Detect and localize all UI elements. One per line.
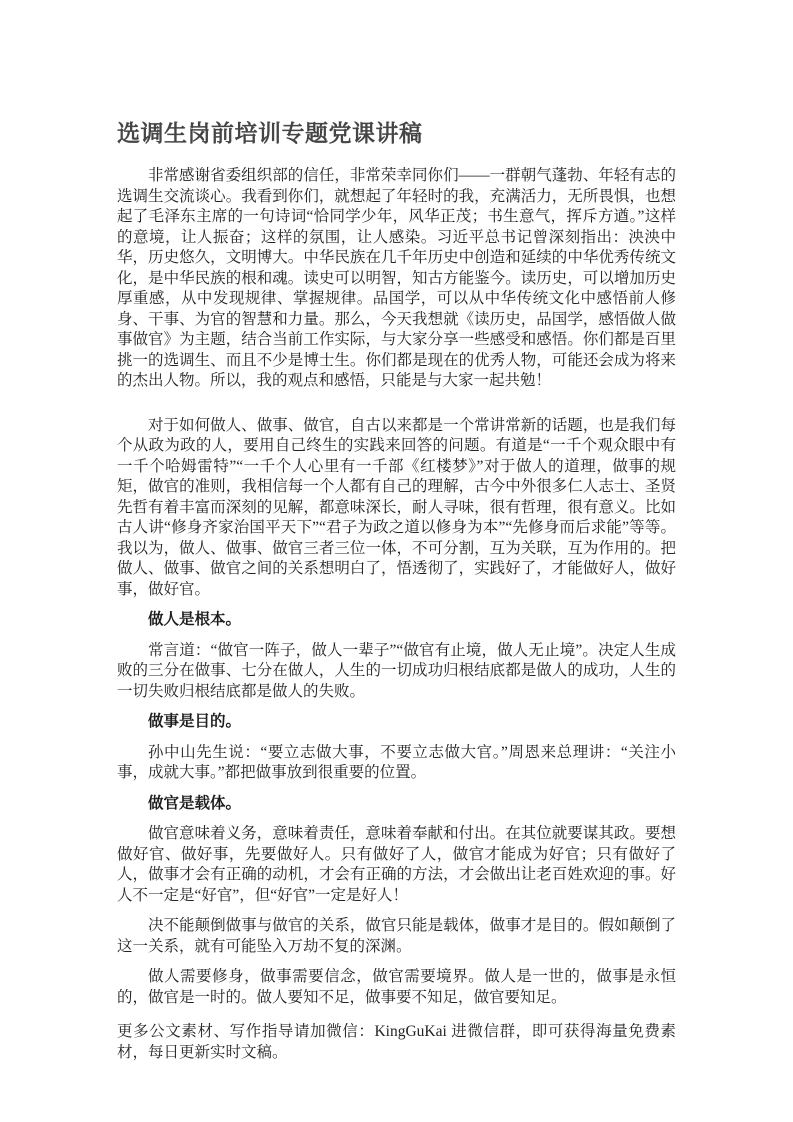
paragraph-intro: 非常感谢省委组织部的信任，非常荣幸同你们——一群朝气蓬勃、年轻有志的选调生交流谈… — [117, 166, 676, 392]
paragraph-relationship: 决不能颠倒做事与做官的关系，做官只能是载体，做事才是目的。假如颠倒了这一关系，就… — [117, 916, 676, 957]
promo-footer: 更多公文素材、写作指导请加微信：KingGuKai 进微信群，即可获得海量免费素… — [117, 1022, 676, 1063]
paragraph-summary: 做人需要修身，做事需要信念，做官需要境界。做人是一世的，做事是永恒的，做官是一时… — [117, 967, 676, 1008]
section-heading-being-official: 做官是载体。 — [117, 794, 676, 815]
paragraph-being-official: 做官意味着义务，意味着责任，意味着奉献和付出。在其位就要谋其政。要想做好官、做好… — [117, 824, 676, 906]
section-heading-being-person: 做人是根本。 — [117, 610, 676, 631]
document-page: 选调生岗前培训专题党课讲稿 非常感谢省委组织部的信任，非常荣幸同你们——一群朝气… — [0, 0, 793, 1122]
paragraph-topic: 对于如何做人、做事、做官，自古以来都是一个常讲常新的话题，也是我们每个从政为政的… — [117, 416, 676, 601]
document-title: 选调生岗前培训专题党课讲稿 — [117, 118, 676, 148]
paragraph-doing-things: 孙中山先生说：“要立志做大事，不要立志做大官。”周恩来总理讲：“关注小事，成就大… — [117, 743, 676, 784]
section-heading-doing-things: 做事是目的。 — [117, 712, 676, 733]
paragraph-being-person: 常言道：“做官一阵子，做人一辈子”“做官有止境，做人无止境”。决定人生成败的三分… — [117, 641, 676, 703]
